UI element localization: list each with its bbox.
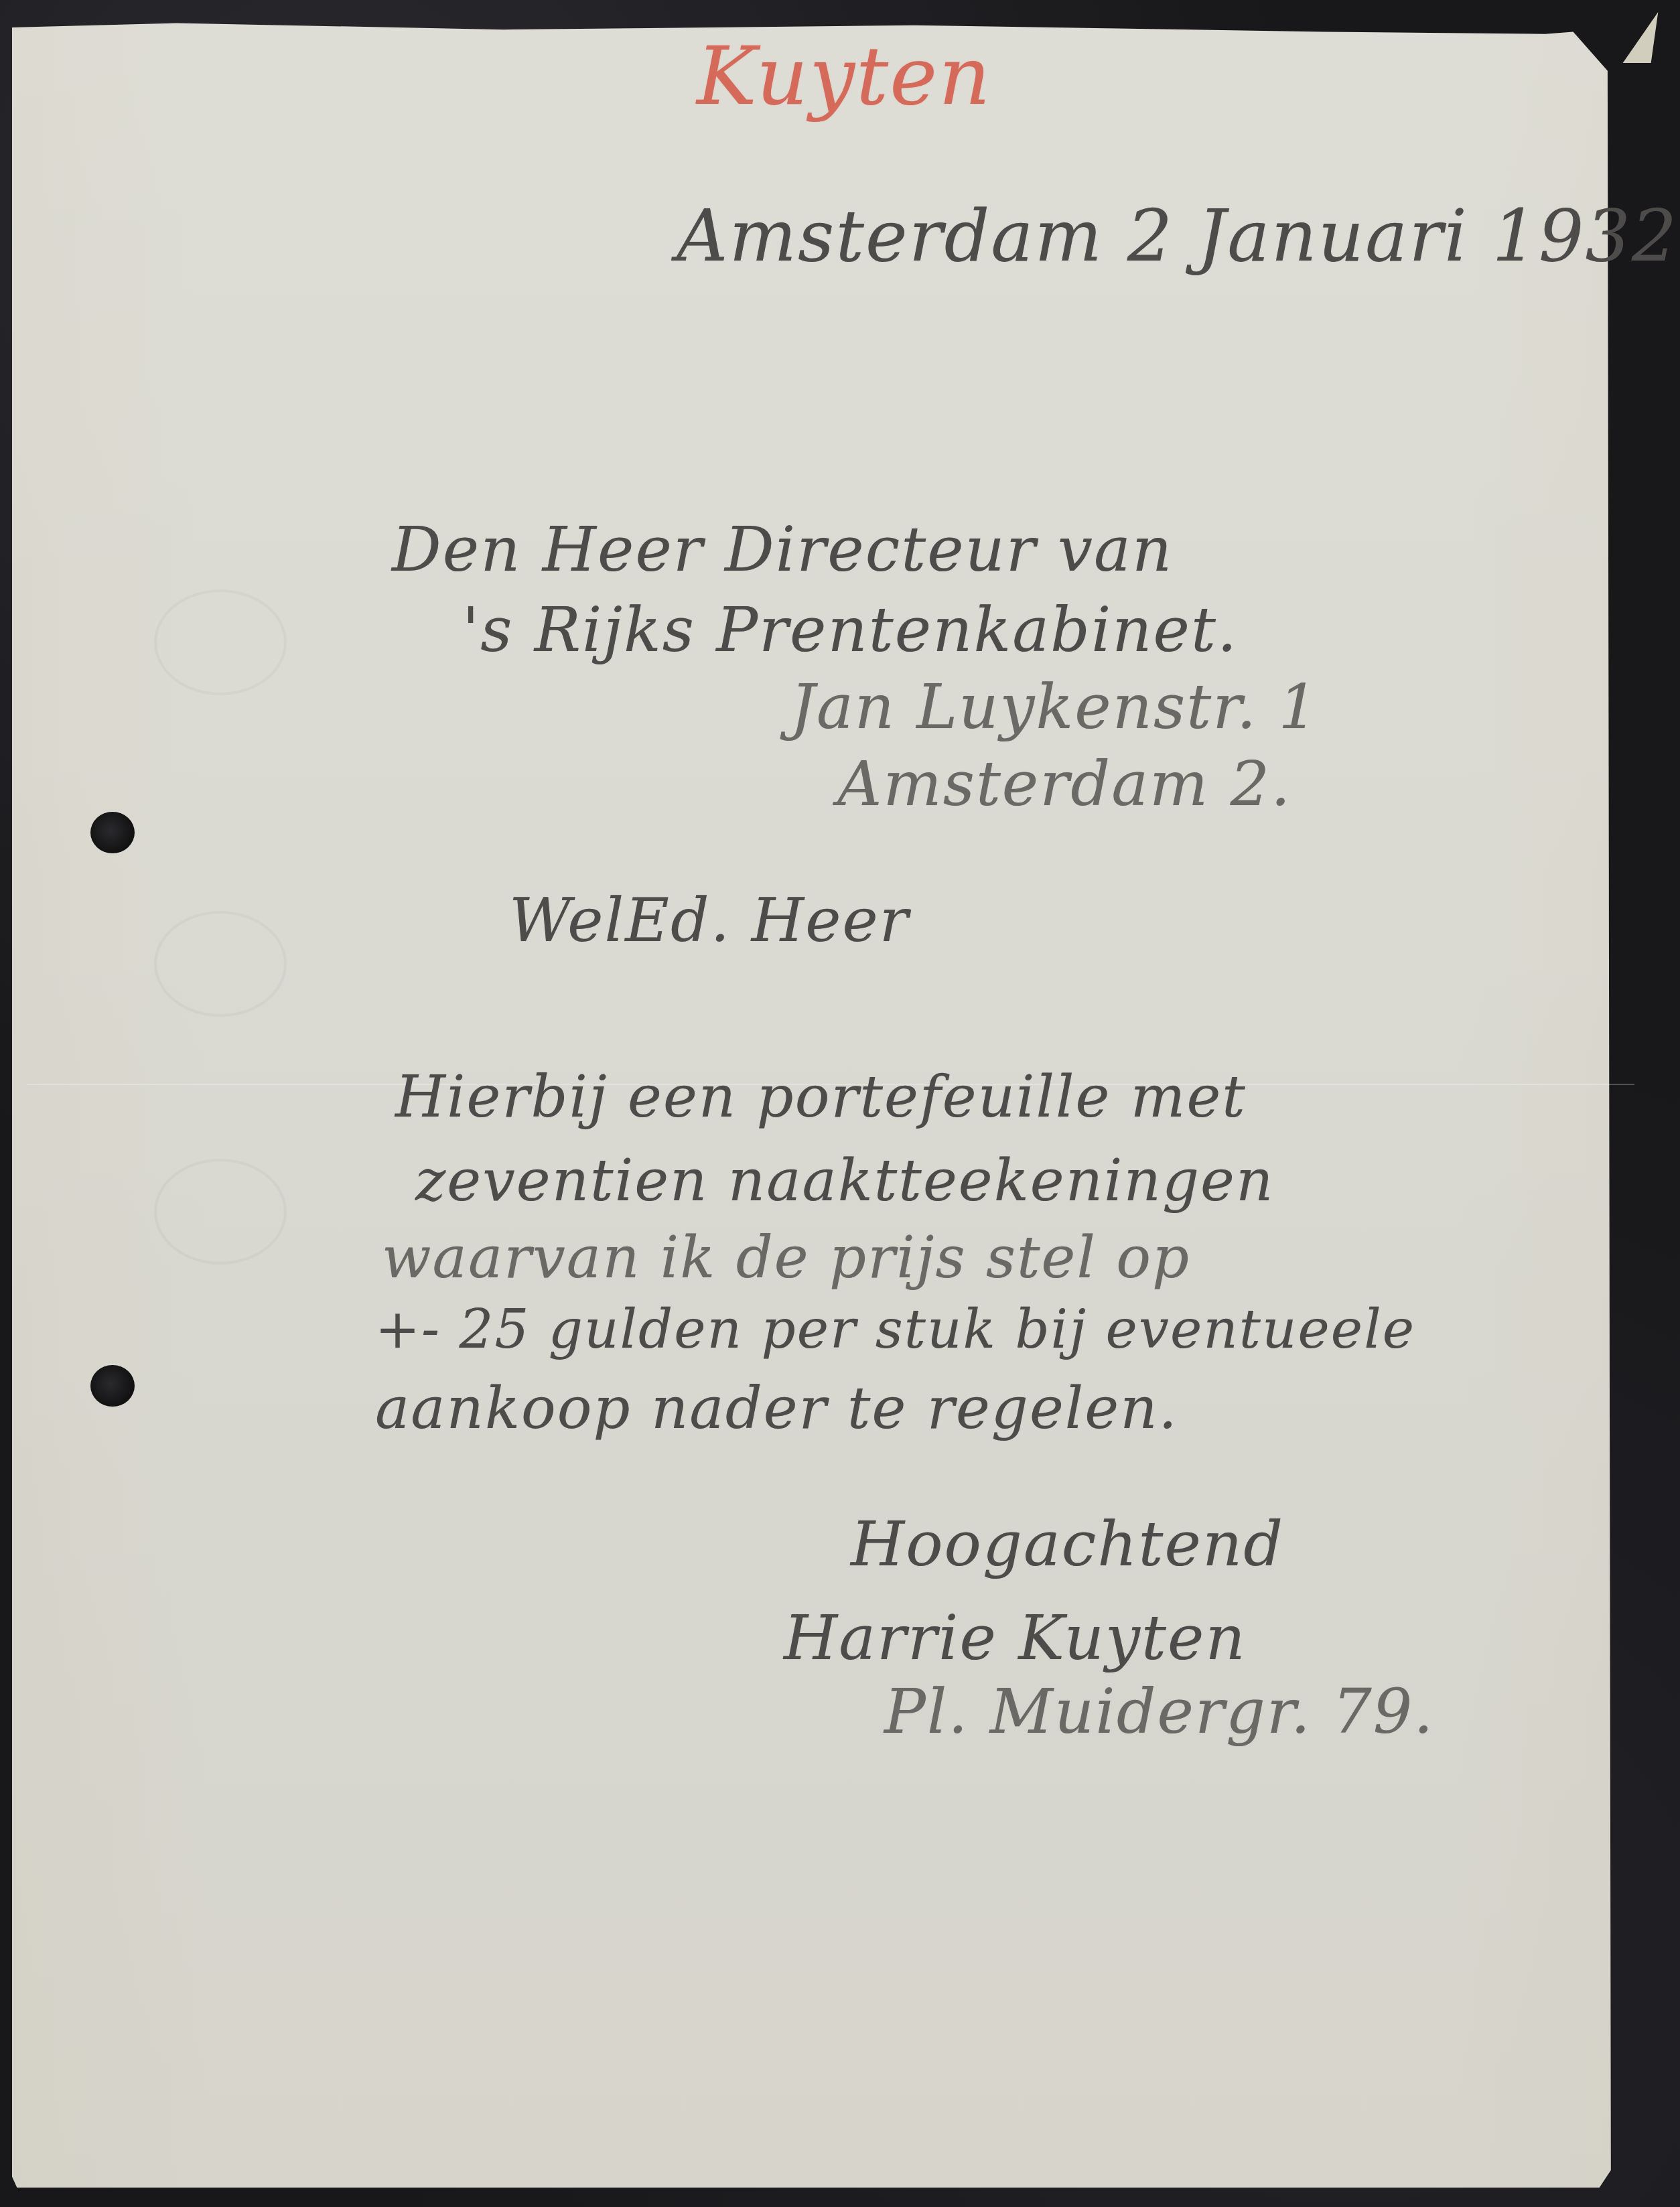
closing: Hoogachtend (851, 1514, 1284, 1575)
recipient-line-4: Amsterdam 2. (837, 754, 1291, 815)
recipient-line-1: Den Heer Directeur van (392, 519, 1173, 581)
salutation: WelEd. Heer (509, 891, 910, 951)
sender-address: Pl. Muidergr. 79. (884, 1681, 1435, 1743)
body-line-1: Hierbij een portefeuille met (395, 1068, 1247, 1126)
recipient-line-2: 's Rijks Prentenkabinet. (462, 599, 1238, 661)
body-line-2: zeventien naaktteekeningen (415, 1152, 1274, 1210)
punch-hole-bottom (90, 1365, 135, 1407)
archive-pencil-annotation: Kuyten (697, 37, 992, 117)
body-line-3: waarvan ik de prijs stel op (382, 1229, 1190, 1287)
faint-show-through-mark (154, 589, 287, 695)
faint-show-through-mark (154, 1159, 287, 1265)
body-line-5: aankoop nader te regelen. (375, 1380, 1178, 1437)
recipient-line-3: Jan Luykenstr. 1 (790, 677, 1319, 738)
punch-hole-top (90, 812, 135, 853)
dateline: Amsterdam 2 Januari 1932 (677, 201, 1678, 272)
body-line-4: +- 25 gulden per stuk bij eventueele (375, 1303, 1415, 1356)
faint-show-through-mark (154, 911, 287, 1017)
signature: Harrie Kuyten (784, 1608, 1247, 1669)
